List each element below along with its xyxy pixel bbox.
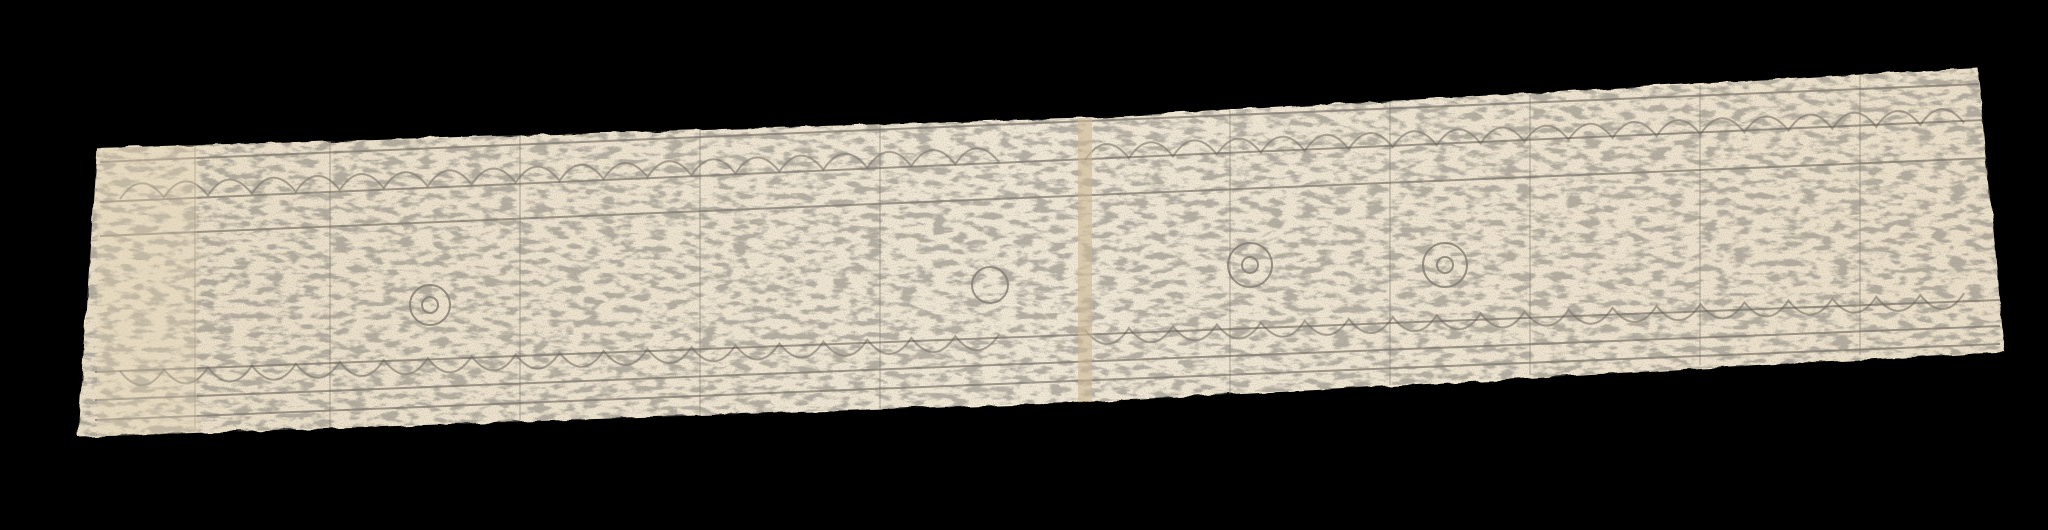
photo-scene [0,0,2048,530]
tapa-cloth-photo [0,0,2048,530]
